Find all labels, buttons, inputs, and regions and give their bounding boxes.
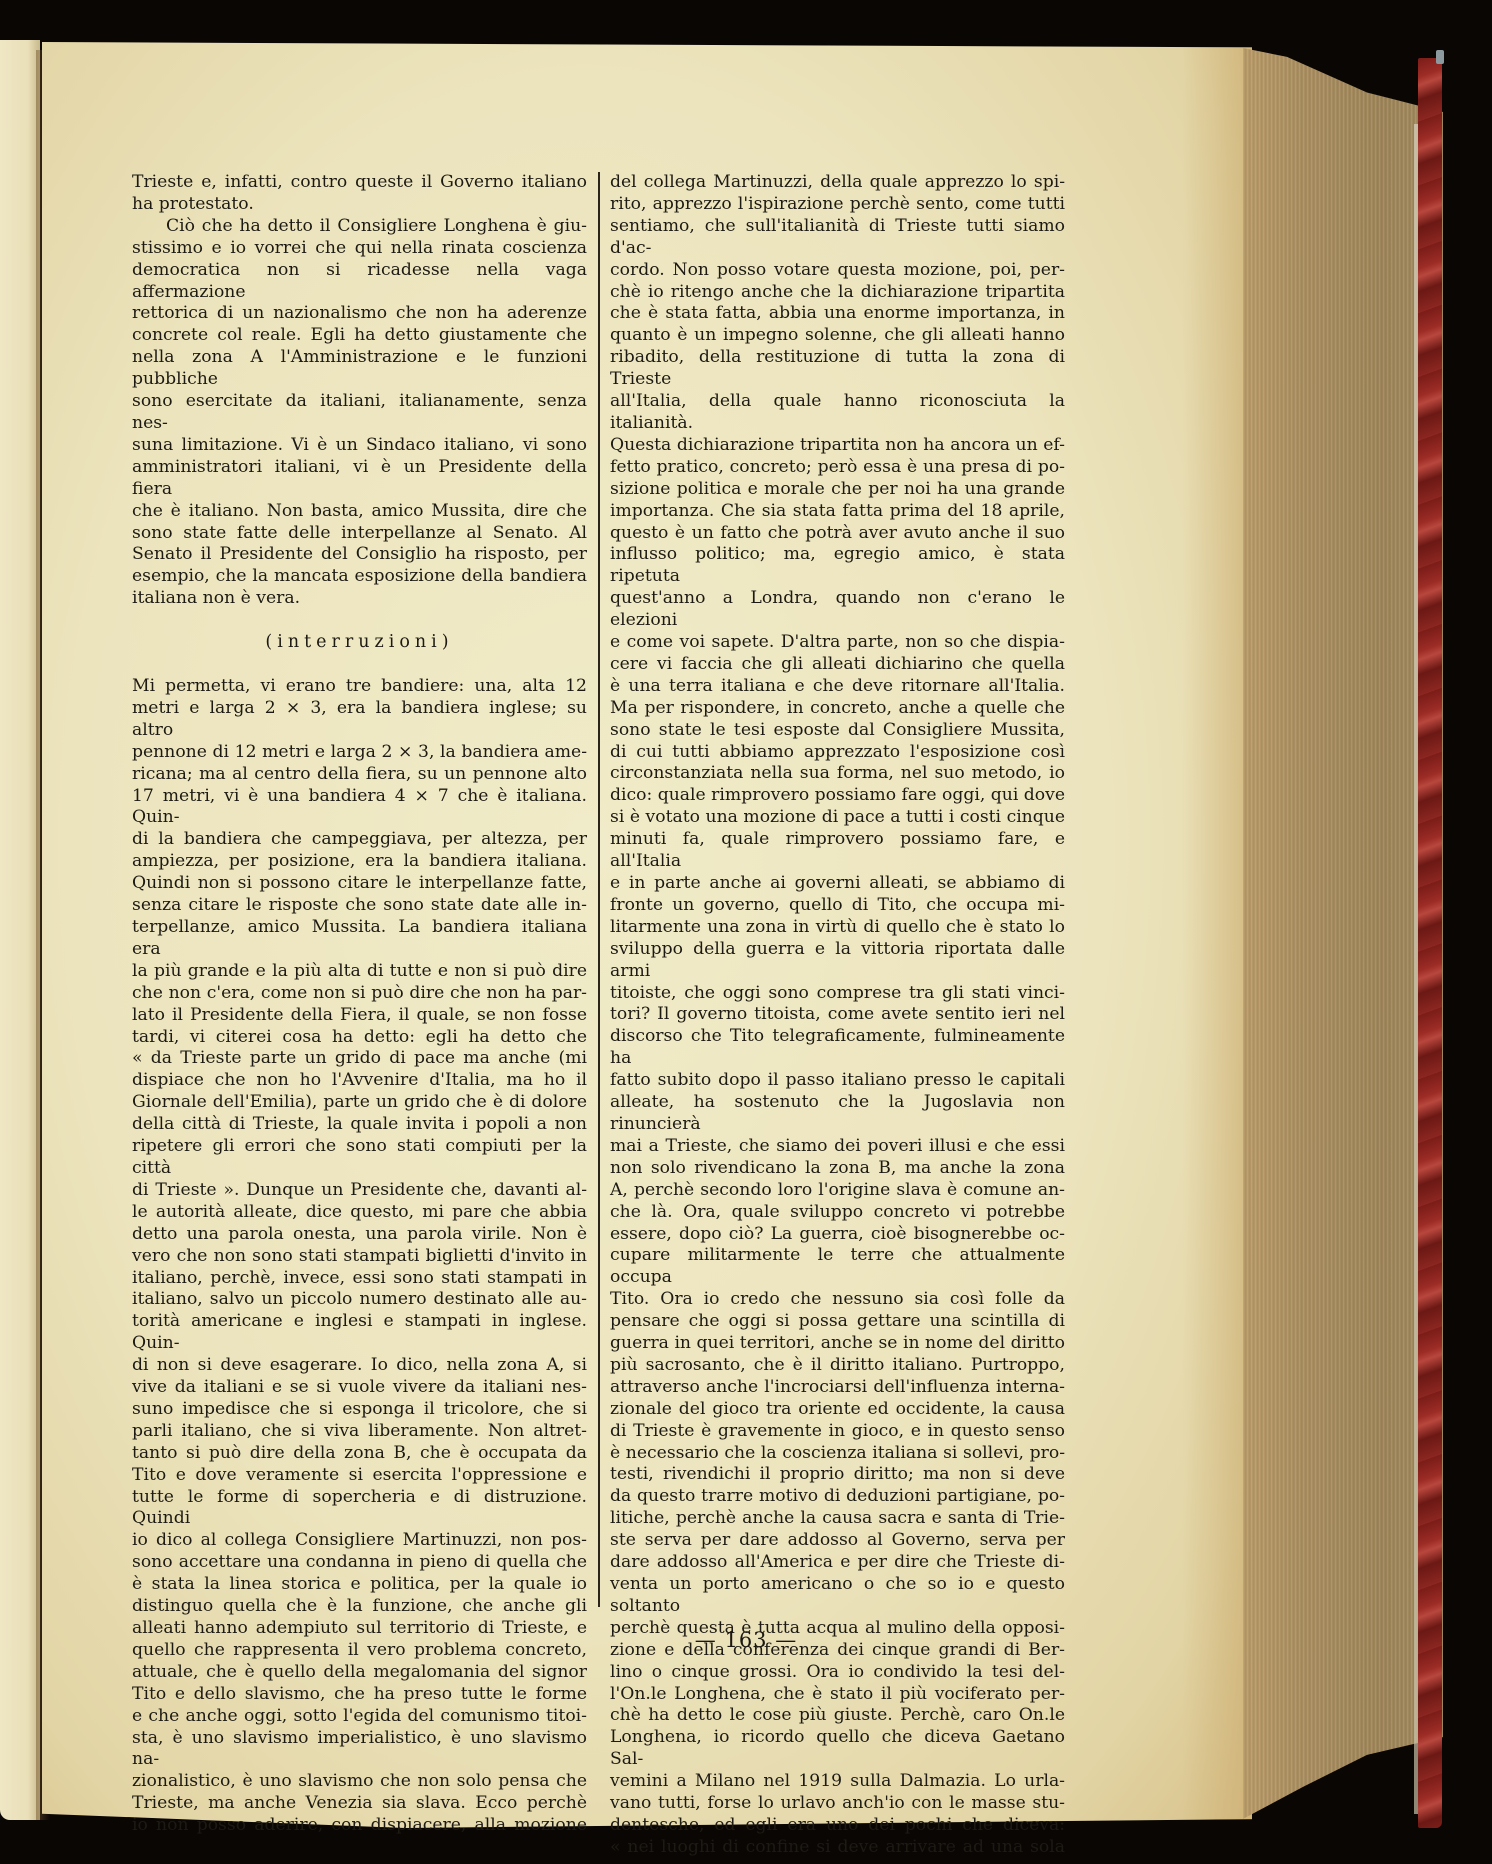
- marbled-cover: [1418, 58, 1442, 1828]
- text-line: 17 metri, vi è una bandiera 4 × 7 che è …: [132, 786, 587, 830]
- text-line: chè io ritengo anche che la dichiarazion…: [610, 282, 1065, 304]
- text-line: « nei luoghi di confine si deve arrivare…: [610, 1837, 1065, 1859]
- text-line: Giornale dell'Emilia), parte un grido ch…: [132, 1092, 587, 1114]
- text-line: sono state fatte delle interpellanze al …: [132, 523, 587, 545]
- text-line: quest'anno a Londra, quando non c'erano …: [610, 588, 1065, 632]
- text-line: parli italiano, che si viva liberamente.…: [132, 1421, 587, 1443]
- text-line: ampiezza, per posizione, era la bandiera…: [132, 851, 587, 873]
- text-line: influsso politico; ma, egregio amico, è …: [610, 544, 1065, 588]
- text-line: vano tutti, forse lo urlavo anch'io con …: [610, 1793, 1065, 1815]
- text-line: si è votato una mozione di pace a tutti …: [610, 807, 1065, 829]
- text-line: di Trieste ». Dunque un Presidente che, …: [132, 1180, 587, 1202]
- text-line: esempio, che la mancata esposizione dell…: [132, 566, 587, 588]
- text-line: rito, apprezzo l'ispirazione perchè sent…: [610, 194, 1065, 216]
- text-line: titoiste, che oggi sono comprese tra gli…: [610, 983, 1065, 1005]
- text-line: vero che non sono stati stampati bigliet…: [132, 1246, 587, 1268]
- text-line: Senato il Presidente del Consiglio ha ri…: [132, 544, 587, 566]
- text-line: sizione politica e morale che per noi ha…: [610, 479, 1065, 501]
- page-stack-fore-edge: [1243, 48, 1443, 1826]
- text-line: ste serva per dare addosso al Governo, s…: [610, 1530, 1065, 1552]
- text-line: distinguo quella che è la funzione, che …: [132, 1596, 587, 1618]
- text-line: testi, rivendichi il proprio diritto; ma…: [610, 1464, 1065, 1486]
- text-line: terpellanze, amico Mussita. La bandiera …: [132, 917, 587, 961]
- text-line: all'Italia, della quale hanno riconosciu…: [610, 391, 1065, 435]
- text-line: tori? Il governo titoista, come avete se…: [610, 1004, 1065, 1026]
- text-line: rettorica di un nazionalismo che non ha …: [132, 303, 587, 325]
- previous-page-edge: [0, 40, 40, 1820]
- text-line: quanto è un impegno solenne, che gli all…: [610, 325, 1065, 347]
- text-line: Tito e dello slavismo, che ha preso tutt…: [132, 1684, 587, 1706]
- interjection-note: (interruzioni): [132, 632, 587, 654]
- text-line: dentesche, ed egli era uno dei pochi che…: [610, 1815, 1065, 1837]
- text-line: « da Trieste parte un grido di pace ma a…: [132, 1048, 587, 1070]
- text-line: circonstanziata nella sua forma, nel suo…: [610, 763, 1065, 785]
- text-line: io non posso aderire, con dispiacere, al…: [132, 1815, 587, 1837]
- text-line: dico: quale rimprovero possiamo fare ogg…: [610, 785, 1065, 807]
- text-line: Trieste, ma anche Venezia sia slava. Ecc…: [132, 1793, 587, 1815]
- text-line: fetto pratico, concreto; però essa è una…: [610, 457, 1065, 479]
- text-line: la più grande e la più alta di tutte e n…: [132, 961, 587, 983]
- text-line: le autorità alleate, dice questo, mi par…: [132, 1202, 587, 1224]
- text-line: da questo trarre motivo di deduzioni par…: [610, 1486, 1065, 1508]
- text-line: più sacrosanto, che è il diritto italian…: [610, 1355, 1065, 1377]
- right-column: del collega Martinuzzi, della quale appr…: [610, 172, 1065, 1859]
- text-line: Longhena, io ricordo quello che diceva G…: [610, 1727, 1065, 1771]
- text-line: dare addosso all'America e per dire che …: [610, 1552, 1065, 1574]
- text-line: Mi permetta, vi erano tre bandiere: una,…: [132, 676, 587, 698]
- text-line: Ciò che ha detto il Consigliere Longhena…: [132, 216, 587, 238]
- page-edge-shading: [1182, 42, 1252, 1828]
- text-line: tanto si può dire della zona B, che è oc…: [132, 1443, 587, 1465]
- text-line: Tito e dove veramente si esercita l'oppr…: [132, 1465, 587, 1487]
- text-line: di non si deve esagerare. Io dico, nella…: [132, 1355, 587, 1377]
- text-line: sviluppo della guerra e la vittoria ripo…: [610, 939, 1065, 983]
- text-line: di Trieste è gravemente in gioco, e in q…: [610, 1421, 1065, 1443]
- text-line: stissimo e io vorrei che qui nella rinat…: [132, 238, 587, 260]
- text-line: tutte le forme di sopercheria e di distr…: [132, 1487, 587, 1531]
- cover-corner-wear: [1436, 50, 1444, 64]
- text-line: l'On.le Longhena, che è stato il più voc…: [610, 1684, 1065, 1706]
- text-line: fatto subito dopo il passo italiano pres…: [610, 1070, 1065, 1092]
- text-line: e in parte anche ai governi alleati, se …: [610, 873, 1065, 895]
- text-line: Quindi non si possono citare le interpel…: [132, 873, 587, 895]
- text-line: è una terra italiana e che deve ritornar…: [610, 676, 1065, 698]
- text-line: Tito. Ora io credo che nessuno sia così …: [610, 1289, 1065, 1311]
- text-line: zionalistico, è uno slavismo che non sol…: [132, 1771, 587, 1793]
- text-line: ribadito, della restituzione di tutta la…: [610, 347, 1065, 391]
- text-line: sono state le tesi esposte dal Consiglie…: [610, 720, 1065, 742]
- text-line: io dico al collega Consigliere Martinuzz…: [132, 1530, 587, 1552]
- text-line: alleate, ha sostenuto che la Jugoslavia …: [610, 1092, 1065, 1136]
- text-line: venta un porto americano o che so io e q…: [610, 1574, 1065, 1618]
- text-line: cere vi faccia che gli alleati dichiarin…: [610, 654, 1065, 676]
- text-line: è stata la linea storica e politica, per…: [132, 1574, 587, 1596]
- text-line: vive da italiani e se si vuole vivere da…: [132, 1377, 587, 1399]
- text-line: discorso che Tito telegraficamente, fulm…: [610, 1026, 1065, 1070]
- text-line: sono accettare una condanna in pieno di …: [132, 1552, 587, 1574]
- text-line: Questa dichiarazione tripartita non ha a…: [610, 435, 1065, 457]
- text-line: e che anche oggi, sotto l'egida del comu…: [132, 1706, 587, 1728]
- text-line: essere, dopo ciò? La guerra, cioè bisogn…: [610, 1224, 1065, 1246]
- text-line: lato il Presidente della Fiera, il quale…: [132, 1005, 587, 1027]
- text-line: concrete col reale. Egli ha detto giusta…: [132, 325, 587, 347]
- text-line: cordo. Non posso votare questa mozione, …: [610, 260, 1065, 282]
- text-line: Trieste e, infatti, contro queste il Gov…: [132, 172, 587, 194]
- text-line: ripetere gli errori che sono stati compi…: [132, 1136, 587, 1180]
- text-line: zionale del gioco tra oriente ed occiden…: [610, 1399, 1065, 1421]
- text-line: pennone di 12 metri e larga 2 × 3, la ba…: [132, 742, 587, 764]
- text-line: detto una parola onesta, una parola viri…: [132, 1224, 587, 1246]
- text-line: fronte un governo, quello di Tito, che o…: [610, 895, 1065, 917]
- text-line: sentiamo, che sull'italianità di Trieste…: [610, 216, 1065, 260]
- text-line: attuale, che è quello della megalomania …: [132, 1662, 587, 1684]
- text-line: che è italiano. Non basta, amico Mussita…: [132, 501, 587, 523]
- text-line: metri e larga 2 × 3, era la bandiera ing…: [132, 698, 587, 742]
- text-line: lino o cinque grossi. Ora io condivido l…: [610, 1662, 1065, 1684]
- text-line: Ma per rispondere, in concreto, anche a …: [610, 698, 1065, 720]
- column-rule: [598, 172, 600, 1607]
- text-line: ha protestato.: [132, 194, 587, 216]
- text-line: che non c'era, come non si può dire che …: [132, 983, 587, 1005]
- text-line: che è stata fatta, abbia una enorme impo…: [610, 303, 1065, 325]
- text-line: ricana; ma al centro della fiera, su un …: [132, 764, 587, 786]
- text-line: sta, è uno slavismo imperialistico, è un…: [132, 1728, 587, 1772]
- text-line: minuti fa, quale rimprovero possiamo far…: [610, 829, 1065, 873]
- text-line: amministratori italiani, vi è un Preside…: [132, 457, 587, 501]
- text-line: importanza. Che sia stata fatta prima de…: [610, 501, 1065, 523]
- text-line: litiche, perchè anche la causa sacra e s…: [610, 1508, 1065, 1530]
- text-line: attraverso anche l'incrociarsi dell'infl…: [610, 1377, 1065, 1399]
- text-line: suna limitazione. Vi è un Sindaco italia…: [132, 435, 587, 457]
- text-line: italiano, salvo un piccolo numero destin…: [132, 1289, 587, 1311]
- page-number: — 163 —: [0, 1628, 1492, 1652]
- text-line: suno impedisce che si esponga il tricolo…: [132, 1399, 587, 1421]
- text-line: torità americane e inglesi e stampati in…: [132, 1311, 587, 1355]
- text-line: dispiace che non ho l'Avvenire d'Italia,…: [132, 1070, 587, 1092]
- text-line: e come voi sapete. D'altra parte, non so…: [610, 632, 1065, 654]
- text-line: A, perchè secondo loro l'origine slava è…: [610, 1180, 1065, 1202]
- text-line: chè ha detto le cose più giuste. Perchè,…: [610, 1705, 1065, 1727]
- text-line: questo è un fatto che potrà aver avuto a…: [610, 523, 1065, 545]
- left-column: Trieste e, infatti, contro queste il Gov…: [132, 172, 587, 1837]
- text-line: non solo rivendicano la zona B, ma anche…: [610, 1158, 1065, 1180]
- book-scan: Trieste e, infatti, contro queste il Gov…: [0, 0, 1492, 1864]
- text-block: Trieste e, infatti, contro queste il Gov…: [132, 172, 1062, 1612]
- text-line: sono esercitate da italiani, italianamen…: [132, 391, 587, 435]
- text-line: che là. Ora, quale sviluppo concreto vi …: [610, 1202, 1065, 1224]
- text-line: del collega Martinuzzi, della quale appr…: [610, 172, 1065, 194]
- text-line: vemini a Milano nel 1919 sulla Dalmazia.…: [610, 1771, 1065, 1793]
- text-line: guerra in quei territori, anche se in no…: [610, 1333, 1065, 1355]
- text-line: senza citare le risposte che sono state …: [132, 895, 587, 917]
- text-line: democratica non si ricadesse nella vaga …: [132, 260, 587, 304]
- text-line: della città di Trieste, la quale invita …: [132, 1114, 587, 1136]
- text-line: italiana non è vera.: [132, 588, 587, 610]
- text-line: tardi, vi citerei cosa ha detto: egli ha…: [132, 1027, 587, 1049]
- text-line: di la bandiera che campeggiava, per alte…: [132, 829, 587, 851]
- text-line: mai a Trieste, che siamo dei poveri illu…: [610, 1136, 1065, 1158]
- text-line: italiano, perchè, invece, essi sono stat…: [132, 1268, 587, 1290]
- text-line: litarmente una zona in virtù di quello c…: [610, 917, 1065, 939]
- text-line: di cui tutti abbiamo apprezzato l'esposi…: [610, 742, 1065, 764]
- text-line: nella zona A l'Amministrazione e le funz…: [132, 347, 587, 391]
- text-line: pensare che oggi si possa gettare una sc…: [610, 1311, 1065, 1333]
- text-line: cupare militarmente le terre che attualm…: [610, 1245, 1065, 1289]
- text-line: è necessario che la coscienza italiana s…: [610, 1443, 1065, 1465]
